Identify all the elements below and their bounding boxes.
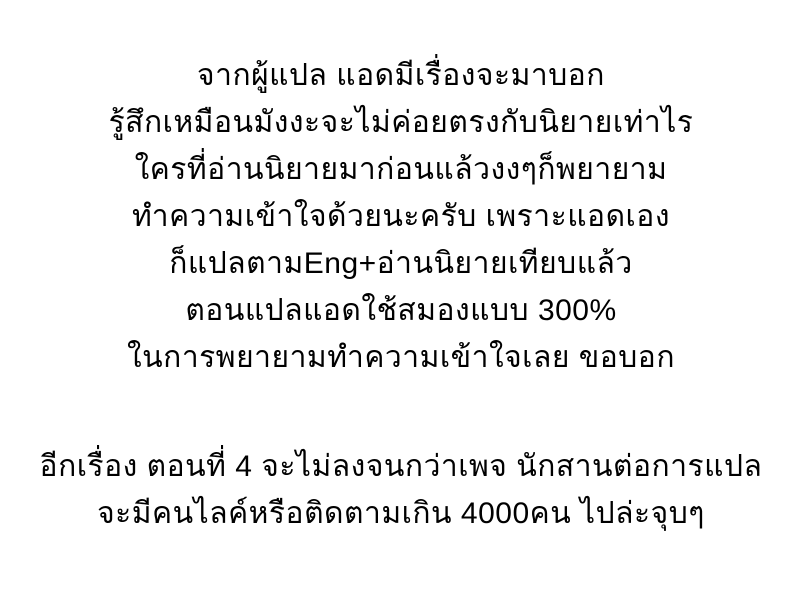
- note-line: ใครที่อ่านนิยายมาก่อนแล้วงงๆก็พยายาม: [0, 146, 802, 193]
- note-line: ก็แปลตามEng+อ่านนิยายเทียบแล้ว: [0, 240, 802, 287]
- translator-note-page: จากผู้แปล แอดมีเรื่องจะมาบอก รู้สึกเหมือ…: [0, 0, 802, 598]
- translator-note-paragraph-1: จากผู้แปล แอดมีเรื่องจะมาบอก รู้สึกเหมือ…: [0, 52, 802, 381]
- note-line: จะมีคนไลค์หรือติดตามเกิน 4000คน ไปล่ะจุบ…: [0, 490, 802, 537]
- note-line: ทำความเข้าใจด้วยนะครับ เพราะแอดเอง: [0, 193, 802, 240]
- note-line: จากผู้แปล แอดมีเรื่องจะมาบอก: [0, 52, 802, 99]
- translator-note-paragraph-2: อีกเรื่อง ตอนที่ 4 จะไม่ลงจนกว่าเพจ นักส…: [0, 443, 802, 537]
- note-line: ในการพยายามทำความเข้าใจเลย ขอบอก: [0, 334, 802, 381]
- note-line: อีกเรื่อง ตอนที่ 4 จะไม่ลงจนกว่าเพจ นักส…: [0, 443, 802, 490]
- note-line: ตอนแปลแอดใช้สมองแบบ 300%: [0, 287, 802, 334]
- note-line: รู้สึกเหมือนมังงะจะไม่ค่อยตรงกับนิยายเท่…: [0, 99, 802, 146]
